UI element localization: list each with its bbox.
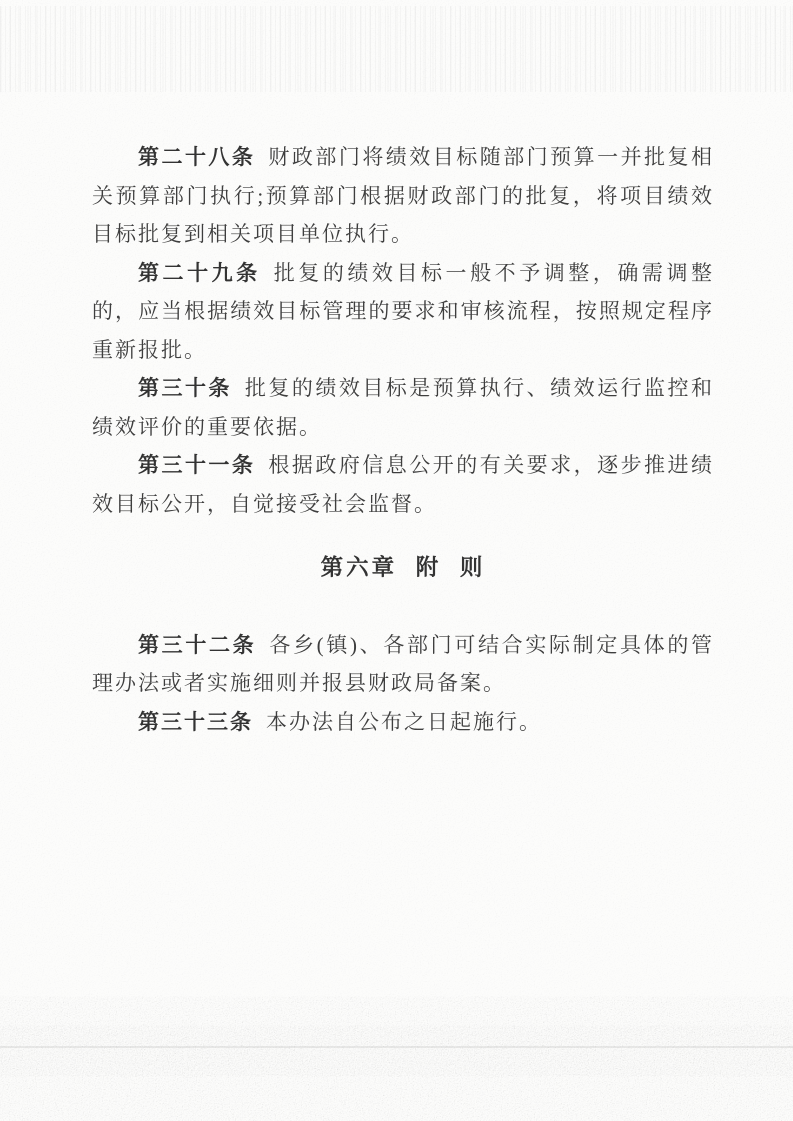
document-body: 第二十八条财政部门将绩效目标随部门预算一并批复相关预算部门执行;预算部门根据财政…	[92, 138, 714, 741]
article-33-number: 第三十三条	[138, 710, 253, 734]
scanned-document-page: 第二十八条财政部门将绩效目标随部门预算一并批复相关预算部门执行;预算部门根据财政…	[0, 0, 793, 1121]
article-33-text: 本办法自公布之日起施行。	[266, 710, 542, 734]
chapter-heading: 第六章 附 则	[92, 549, 714, 588]
article-28-number: 第二十八条	[138, 145, 255, 169]
article-28: 第二十八条财政部门将绩效目标随部门预算一并批复相关预算部门执行;预算部门根据财政…	[92, 138, 714, 254]
article-31: 第三十一条根据政府信息公开的有关要求，逐步推进绩效目标公开，自觉接受社会监督。	[92, 446, 714, 523]
scan-crease-line	[0, 1046, 793, 1048]
article-32: 第三十二条各乡(镇)、各部门可结合实际制定具体的管理办法或者实施细则并报县财政局…	[92, 626, 714, 703]
article-32-number: 第三十二条	[138, 633, 256, 657]
article-29: 第二十九条批复的绩效目标一般不予调整，确需调整的，应当根据绩效目标管理的要求和审…	[92, 254, 714, 370]
article-33: 第三十三条本办法自公布之日起施行。	[92, 703, 714, 742]
scan-streak-artifact	[0, 6, 793, 92]
article-29-number: 第二十九条	[138, 261, 261, 285]
article-30-number: 第三十条	[138, 376, 232, 400]
article-31-number: 第三十一条	[138, 453, 255, 477]
article-30: 第三十条批复的绩效目标是预算执行、绩效运行监控和绩效评价的重要依据。	[92, 369, 714, 446]
